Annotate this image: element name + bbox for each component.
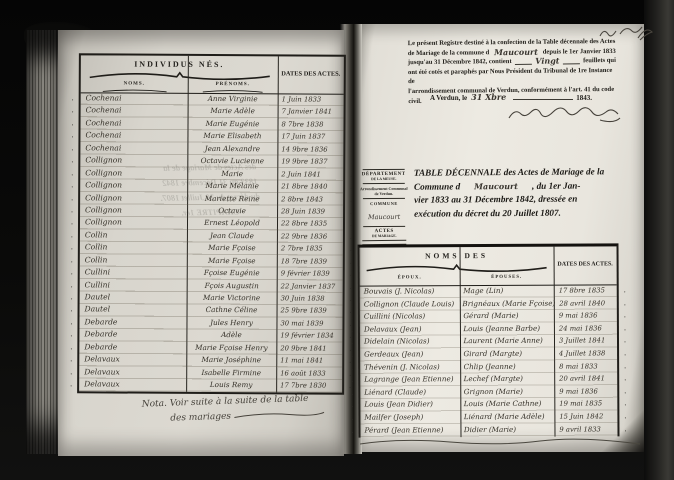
prenom-cell: Mariette Reine bbox=[187, 192, 277, 205]
date-cell: 30 mai 1839 bbox=[276, 317, 342, 330]
date-cell: 19 9bre 1837 bbox=[277, 156, 343, 169]
nom-cell: Collin bbox=[80, 242, 187, 255]
heading-line1: TABLE DÉCENNALE des Actes de Mariage de … bbox=[414, 165, 616, 180]
nom-cell: Collignon bbox=[80, 204, 187, 217]
prenom-cell: Marie bbox=[187, 167, 277, 180]
heading-line4: exécution du décret du 20 Juillet 1807. bbox=[414, 206, 616, 221]
prenom-cell: Marie Mélanie bbox=[187, 180, 277, 193]
prenom-cell: Jules Henry bbox=[186, 317, 276, 330]
date-cell: 9 mai 1836 bbox=[555, 385, 617, 398]
marriages-table-body: Bouvais (J. Nicolas)Mage (Lin)17 8bre 18… bbox=[360, 284, 618, 437]
epouse-cell: Lechef (Margte) bbox=[460, 373, 556, 386]
arrondissement-sub: de Verdun. bbox=[359, 191, 409, 196]
commune-name-handwritten: Maucourt bbox=[474, 179, 518, 193]
date-cell: 17 Juin 1837 bbox=[277, 131, 343, 144]
epoux-cell: Thévenin (J. Nicolas) bbox=[360, 361, 460, 374]
note-flourish bbox=[234, 410, 324, 419]
date-cell: 4 Juillet 1838 bbox=[555, 347, 617, 360]
prenom-cell: Marie Fçoise bbox=[187, 255, 277, 268]
note-line-text: des mariages bbox=[170, 412, 231, 424]
prenom-cell: Marie Adèle bbox=[188, 105, 278, 118]
date-cell: 9 mai 1836 bbox=[555, 310, 617, 323]
date-cell: 2 8bre 1843 bbox=[277, 193, 343, 206]
nom-cell: Delavaux bbox=[79, 378, 186, 391]
date-cell: 25 9bre 1839 bbox=[277, 305, 343, 318]
col-header-noms: NOMS. bbox=[81, 81, 188, 87]
nom-cell: Collignon bbox=[80, 192, 187, 205]
date-cell: 20 avril 1841 bbox=[555, 372, 617, 385]
date-cell: 8 mai 1833 bbox=[555, 360, 617, 373]
col-header-epoux: ÉPOUX. bbox=[360, 275, 460, 281]
epoux-cell: Bouvais (J. Nicolas) bbox=[360, 285, 460, 298]
epouse-cell: Laurent (Marie Anne) bbox=[459, 335, 555, 348]
decennial-table-heading: TABLE DÉCENNALE des Actes de Mariage de … bbox=[414, 165, 616, 220]
epoux-cell: Gerdeaux (Jean) bbox=[360, 348, 460, 361]
date-cell: 1 Juin 1833 bbox=[278, 93, 344, 106]
births-index-table: INDIVIDUS NÉS. NOMS. PRÉNOMS. DATES DES … bbox=[77, 53, 346, 394]
prenom-cell: Fçois Augustin bbox=[187, 279, 277, 292]
prenom-cell: Marie Fçoise bbox=[187, 242, 277, 255]
nom-cell: Cochenai bbox=[81, 105, 188, 118]
prenom-cell: Anne Virginie bbox=[188, 93, 278, 106]
epoux-cell: Delavaux (Jean) bbox=[360, 323, 460, 336]
epouse-cell: Girard (Margte) bbox=[459, 348, 555, 361]
nom-cell: Dautel bbox=[80, 291, 187, 304]
date-cell: 30 Juin 1838 bbox=[277, 292, 343, 305]
nom-cell: Collignon bbox=[80, 154, 187, 167]
closing-wavy-line bbox=[360, 436, 640, 448]
nom-cell: Delavaux bbox=[79, 366, 186, 379]
epoux-cell: Liénard (Claude) bbox=[360, 386, 460, 399]
nom-cell: Collin bbox=[80, 229, 187, 242]
date-cell: 2 Juin 1841 bbox=[277, 168, 343, 181]
births-group-header: INDIVIDUS NÉS. bbox=[81, 59, 278, 69]
date-cell: 18 7bre 1839 bbox=[277, 255, 343, 268]
prenom-cell: Octavie Lucienne bbox=[187, 155, 277, 168]
prenom-cell: Jean Claude bbox=[187, 230, 277, 243]
feuillets-count-handwritten: Vingt bbox=[535, 57, 559, 67]
rule bbox=[363, 169, 405, 170]
col-header-prenoms: PRÉNOMS. bbox=[188, 82, 278, 87]
prenom-cell: Marie Eugénie bbox=[187, 118, 277, 131]
date-cell: 21 8bre 1840 bbox=[277, 180, 343, 193]
commune-label: COMMUNE bbox=[359, 201, 409, 206]
nom-cell: Debarde bbox=[79, 341, 186, 354]
actes-sub: DE MARIAGE. bbox=[359, 234, 409, 238]
date-cell: 17 8bre 1835 bbox=[555, 284, 617, 297]
rule bbox=[363, 198, 405, 199]
nom-cell: Debarde bbox=[79, 316, 186, 329]
header-brace-ornament bbox=[366, 263, 548, 273]
epoux-cell: Cuillini (Nicolas) bbox=[360, 310, 460, 323]
prenom-cell: Marie Victorine bbox=[187, 292, 277, 305]
epouse-cell: Chlip (Jeanne) bbox=[460, 360, 556, 373]
epouse-cell: Louis (Marie Cathne) bbox=[460, 398, 556, 411]
nom-cell: Collignon bbox=[80, 167, 187, 180]
header-brace-ornament bbox=[89, 70, 271, 80]
marriages-table-header: NOMS DES ÉPOUX. ÉPOUSES. DATES DES ACTES… bbox=[360, 246, 617, 286]
epouse-cell: Grignon (Marie) bbox=[460, 385, 556, 398]
epouse-cell: Liénard (Marie Adèle) bbox=[460, 411, 556, 424]
nom-cell: Cochenai bbox=[80, 130, 187, 143]
place-label: A Verdun, le bbox=[430, 94, 467, 102]
epoux-cell: Lagrange (Jean Etienne) bbox=[360, 373, 460, 386]
date-cell: 7 Janvier 1841 bbox=[278, 106, 344, 119]
date-cell: 28 Juin 1839 bbox=[277, 205, 343, 218]
col-header-dates: DATES DES ACTES. bbox=[278, 70, 344, 77]
heading-line2: Commune d Maucourt , du 1er Jan- bbox=[414, 179, 616, 194]
epouse-cell: Louis (Jeanne Barbe) bbox=[459, 322, 555, 335]
epouse-cell: Gérard (Marie) bbox=[459, 310, 555, 323]
nom-cell: Cochenai bbox=[81, 92, 188, 105]
scanned-register-spread: des Actes de Mariage de la 1833 au 31 Dé… bbox=[0, 0, 674, 480]
date-cell: 22 Janvier 1837 bbox=[277, 280, 343, 293]
heading-line2-post: , du 1er Jan- bbox=[532, 179, 581, 193]
epouse-cell: Didier (Marie) bbox=[460, 423, 556, 436]
date-cell: 19 février 1834 bbox=[276, 330, 342, 343]
nom-cell: Cullini bbox=[80, 266, 187, 279]
date-cell: 22 9bre 1836 bbox=[277, 230, 343, 243]
prenom-cell: Cathne Céline bbox=[187, 304, 277, 317]
date-cell: 9 avril 1833 bbox=[555, 423, 617, 436]
nom-cell: Debarde bbox=[79, 329, 186, 342]
marriages-group-header: NOMS DES bbox=[360, 251, 554, 261]
preamble-line4: ont été cotés et paraphés par Nous Prési… bbox=[408, 66, 616, 87]
date-cell: 14 9bre 1836 bbox=[277, 143, 343, 156]
date-cell: 2 7bre 1835 bbox=[277, 243, 343, 256]
heading-line3: vier 1833 au 31 Décembre 1842, dressée e… bbox=[414, 192, 616, 207]
nom-cell: Collignon bbox=[80, 179, 187, 192]
departement-sub: DE LA MEUSE. bbox=[359, 177, 409, 181]
preamble-line3-post: feuillets qui bbox=[583, 56, 616, 66]
date-cell: 15 Juin 1842 bbox=[555, 410, 617, 423]
epoux-cell: Pérard (Jean Etienne) bbox=[360, 424, 460, 437]
col-header-epouses: ÉPOUSES. bbox=[460, 275, 554, 280]
prenom-cell: Marie Fçoise Henry bbox=[186, 342, 276, 355]
commune-name-handwritten: Maucourt bbox=[494, 47, 538, 57]
prenom-cell: Louis Remy bbox=[186, 379, 276, 392]
blank-rule bbox=[515, 57, 533, 65]
rule bbox=[363, 183, 405, 184]
rule bbox=[363, 226, 405, 227]
date-cell: 20 9bre 1841 bbox=[276, 342, 342, 355]
date-cell: 16 août 1833 bbox=[276, 367, 342, 380]
margin-box: DÉPARTEMENT DE LA MEUSE. Arrondissement … bbox=[359, 167, 410, 247]
prenom-cell: Jean Alexandre bbox=[187, 143, 277, 156]
births-group-header-label: INDIVIDUS NÉS. bbox=[134, 60, 224, 69]
prenom-cell: Isabelle Firmine bbox=[186, 366, 276, 379]
heading-line2-pre: Commune d bbox=[414, 180, 460, 194]
nom-cell: Collin bbox=[80, 254, 187, 267]
nom-cell: Collignon bbox=[80, 217, 187, 230]
year-label: 1843. bbox=[576, 94, 592, 102]
prenom-cell: Fçoise Eugénie bbox=[187, 267, 277, 280]
date-cell: 8 7bre 1838 bbox=[277, 118, 343, 131]
date-cell: 11 mai 1841 bbox=[276, 355, 342, 368]
date-cell: 19 mai 1835 bbox=[555, 398, 617, 411]
nom-cell: Cochenai bbox=[80, 117, 187, 130]
date-cell: 28 avril 1840 bbox=[555, 297, 617, 310]
epoux-cell: Louis (Jean Didier) bbox=[360, 398, 460, 411]
date-cell: 9 février 1839 bbox=[277, 267, 343, 280]
blank-rule bbox=[513, 99, 573, 100]
births-table-header: INDIVIDUS NÉS. NOMS. PRÉNOMS. DATES DES … bbox=[81, 55, 344, 94]
place-date-line: A Verdun, le 31 Xbre 1843. bbox=[430, 92, 605, 102]
nom-cell: Dautel bbox=[80, 304, 187, 317]
epoux-cell: Collignon (Claude Louis) bbox=[360, 298, 459, 311]
births-table-body: CochenaiAnne Virginie1 Juin 1833Cochenai… bbox=[79, 92, 344, 392]
prenom-cell: Octavie bbox=[187, 205, 277, 218]
blank-rule bbox=[562, 56, 580, 64]
nom-cell: Cullini bbox=[80, 279, 187, 292]
date-cell: 24 mai 1836 bbox=[555, 322, 617, 335]
table-row: Pérard (Jean Etienne)Didier (Marie)9 avr… bbox=[360, 423, 617, 437]
epoux-cell: Didelain (Nicolas) bbox=[360, 336, 460, 349]
prenom-cell: Marie Joséphine bbox=[186, 354, 276, 367]
col-header-dates: DATES DES ACTES. bbox=[554, 261, 617, 267]
scan-background-edge bbox=[644, 0, 674, 480]
table-row: DelavauxLouis Remy17 7bre 1830 bbox=[79, 378, 342, 392]
epouse-cell: Mage (Lin) bbox=[459, 285, 555, 298]
date-cell: 22 8bre 1835 bbox=[277, 218, 343, 231]
commune-name-handwritten: Maucourt bbox=[368, 213, 400, 221]
epouse-cell: Brignéaux (Marie Fçoise) bbox=[458, 297, 555, 310]
signature-scribble bbox=[505, 102, 625, 128]
date-handwritten: 31 Xbre bbox=[471, 92, 506, 102]
nom-cell: Cochenai bbox=[80, 142, 187, 155]
marriages-table: NOMS DES ÉPOUX. ÉPOUSES. DATES DES ACTES… bbox=[357, 243, 619, 437]
prenom-cell: Adèle bbox=[186, 329, 276, 342]
epoux-cell: Mailfer (Joseph) bbox=[360, 411, 460, 424]
prenom-cell: Marie Elisabeth bbox=[187, 130, 277, 143]
prenom-cell: Ernest Léopold bbox=[187, 217, 277, 230]
nom-cell: Delavaux bbox=[79, 353, 186, 366]
date-cell: 3 Juillet 1841 bbox=[555, 335, 617, 348]
